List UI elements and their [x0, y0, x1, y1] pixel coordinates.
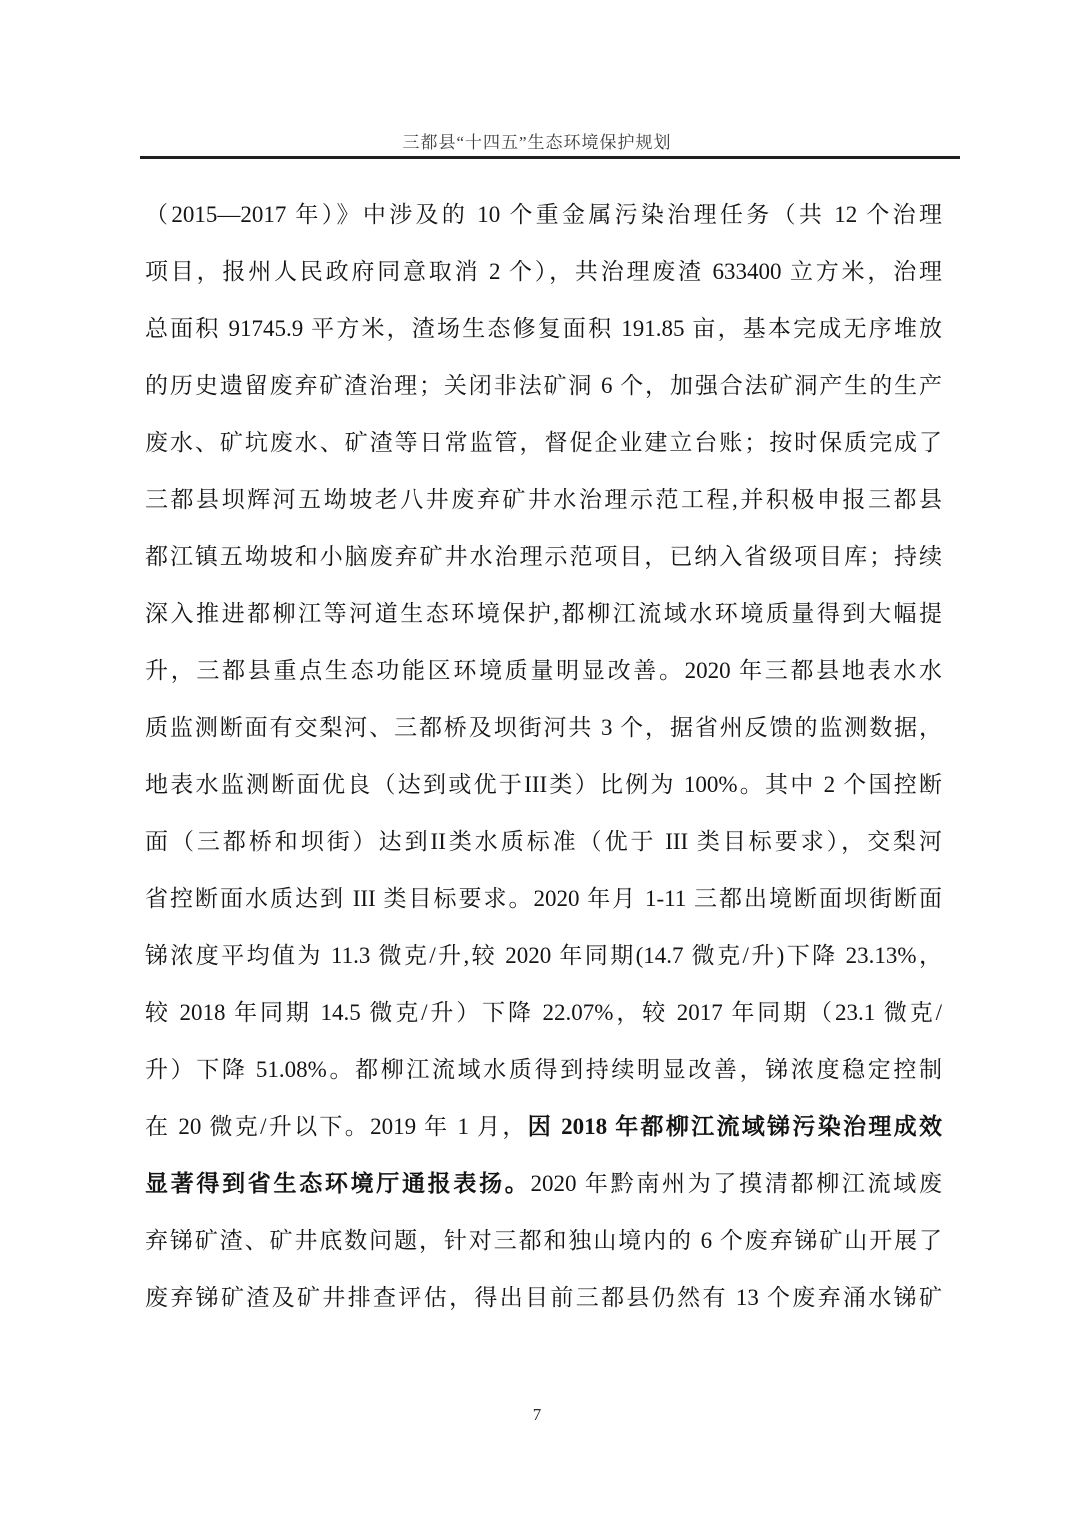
document-body: （2015—2017 年）》中涉及的 10 个重金属污染治理任务（共 12 个治…: [145, 186, 942, 1326]
body-line: 都江镇五坳坡和小脑废弃矿井水治理示范项目，已纳入省级项目库；持续: [145, 528, 942, 585]
body-text: 在 20 微克/升以下。2019 年 1 月，: [145, 1114, 528, 1139]
body-text-bold: 显著得到省生态环境厅通报表扬。: [145, 1171, 530, 1196]
body-text: 质监测断面有交梨河、三都桥及坝街河共 3 个，据省州反馈的监测数据，: [145, 715, 942, 740]
body-text: 废水、矿坑废水、矿渣等日常监管，督促企业建立台账；按时保质完成了: [145, 430, 942, 455]
body-line: 三都县坝辉河五坳坡老八井废弃矿井水治理示范工程,并积极申报三都县: [145, 471, 942, 528]
body-text: 升）下降 51.08%。都柳江流域水质得到持续明显改善，锑浓度稳定控制: [145, 1057, 942, 1082]
body-line: 质监测断面有交梨河、三都桥及坝街河共 3 个，据省州反馈的监测数据，: [145, 699, 942, 756]
body-line: （2015—2017 年）》中涉及的 10 个重金属污染治理任务（共 12 个治…: [145, 186, 942, 243]
body-line: 深入推进都柳江等河道生态环境保护,都柳江流域水环境质量得到大幅提: [145, 585, 942, 642]
body-line: 面（三都桥和坝街）达到II类水质标准（优于 III 类目标要求），交梨河: [145, 813, 942, 870]
body-line: 项目，报州人民政府同意取消 2 个），共治理废渣 633400 立方米，治理: [145, 243, 942, 300]
body-line: 锑浓度平均值为 11.3 微克/升,较 2020 年同期(14.7 微克/升)下…: [145, 927, 942, 984]
body-line: 废弃锑矿渣及矿井排查评估，得出目前三都县仍然有 13 个废弃涌水锑矿: [145, 1269, 942, 1326]
body-text: 较 2018 年同期 14.5 微克/升）下降 22.07%，较 2017 年同…: [145, 1000, 942, 1025]
body-text: （2015—2017 年）》中涉及的 10 个重金属污染治理任务（共 12 个治…: [145, 202, 942, 227]
body-line: 升，三都县重点生态功能区环境质量明显改善。2020 年三都县地表水水: [145, 642, 942, 699]
page-number: 7: [533, 1405, 542, 1424]
body-line: 的历史遗留废弃矿渣治理；关闭非法矿洞 6 个，加强合法矿洞产生的生产: [145, 357, 942, 414]
body-line: 在 20 微克/升以下。2019 年 1 月，因 2018 年都柳江流域锑污染治…: [145, 1098, 942, 1155]
body-line: 弃锑矿渣、矿井底数问题，针对三都和独山境内的 6 个废弃锑矿山开展了: [145, 1212, 942, 1269]
body-text: 锑浓度平均值为 11.3 微克/升,较 2020 年同期(14.7 微克/升)下…: [145, 943, 942, 968]
body-line: 地表水监测断面优良（达到或优于III类）比例为 100%。其中 2 个国控断: [145, 756, 942, 813]
document-page: 三都县“十四五”生态环境保护规划 （2015—2017 年）》中涉及的 10 个…: [0, 0, 1074, 1520]
body-text: 省控断面水质达到 III 类目标要求。2020 年月 1-11 三都出境断面坝街…: [145, 886, 942, 911]
header-rule: [140, 156, 960, 159]
body-text: 项目，报州人民政府同意取消 2 个），共治理废渣 633400 立方米，治理: [145, 259, 942, 284]
body-line: 升）下降 51.08%。都柳江流域水质得到持续明显改善，锑浓度稳定控制: [145, 1041, 942, 1098]
body-text: 2020 年黔南州为了摸清都柳江流域废: [530, 1171, 942, 1196]
body-text: 废弃锑矿渣及矿井排查评估，得出目前三都县仍然有 13 个废弃涌水锑矿: [145, 1285, 942, 1310]
body-text: 的历史遗留废弃矿渣治理；关闭非法矿洞 6 个，加强合法矿洞产生的生产: [145, 373, 942, 398]
page-footer: 7: [0, 1405, 1074, 1425]
header-title: 三都县“十四五”生态环境保护规划: [0, 128, 1074, 153]
body-text-bold: 因 2018 年都柳江流域锑污染治理成效: [528, 1114, 942, 1139]
body-text: 地表水监测断面优良（达到或优于III类）比例为 100%。其中 2 个国控断: [145, 772, 942, 797]
body-text: 三都县坝辉河五坳坡老八井废弃矿井水治理示范工程,并积极申报三都县: [145, 487, 942, 512]
body-text: 深入推进都柳江等河道生态环境保护,都柳江流域水环境质量得到大幅提: [145, 601, 942, 626]
body-text: 升，三都县重点生态功能区环境质量明显改善。2020 年三都县地表水水: [145, 658, 942, 683]
body-text: 弃锑矿渣、矿井底数问题，针对三都和独山境内的 6 个废弃锑矿山开展了: [145, 1228, 942, 1253]
body-line: 废水、矿坑废水、矿渣等日常监管，督促企业建立台账；按时保质完成了: [145, 414, 942, 471]
body-text: 总面积 91745.9 平方米，渣场生态修复面积 191.85 亩，基本完成无序…: [145, 316, 942, 341]
body-line: 较 2018 年同期 14.5 微克/升）下降 22.07%，较 2017 年同…: [145, 984, 942, 1041]
body-line: 总面积 91745.9 平方米，渣场生态修复面积 191.85 亩，基本完成无序…: [145, 300, 942, 357]
body-text: 都江镇五坳坡和小脑废弃矿井水治理示范项目，已纳入省级项目库；持续: [145, 544, 942, 569]
body-line: 显著得到省生态环境厅通报表扬。2020 年黔南州为了摸清都柳江流域废: [145, 1155, 942, 1212]
body-text: 面（三都桥和坝街）达到II类水质标准（优于 III 类目标要求），交梨河: [145, 829, 942, 854]
body-line: 省控断面水质达到 III 类目标要求。2020 年月 1-11 三都出境断面坝街…: [145, 870, 942, 927]
